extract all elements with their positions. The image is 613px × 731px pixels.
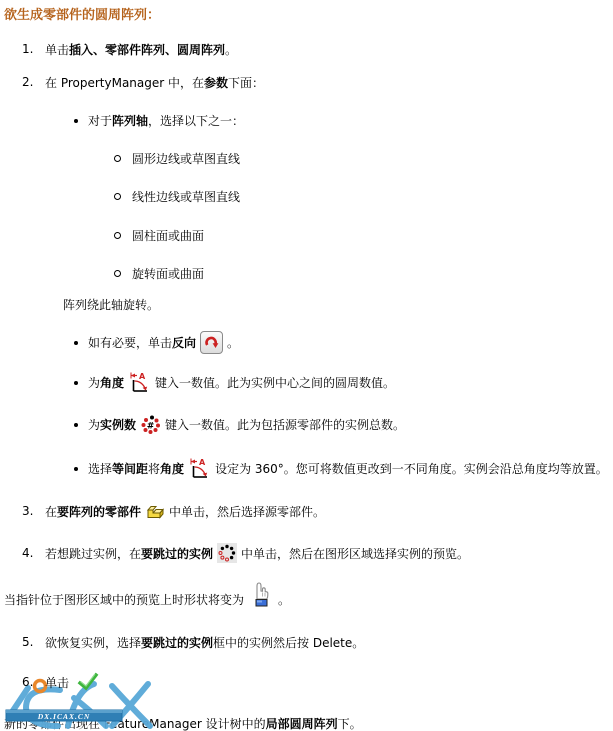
text-segment-bold: 阵列轴 bbox=[112, 112, 148, 129]
svg-text:A: A bbox=[199, 458, 206, 467]
step-4: 4. 若想跳过实例，在要跳过的实例 中单击，然后在图形区域选择实例的预览。 bbox=[22, 542, 469, 564]
text-segment: 欲恢复实例，选择 bbox=[45, 634, 141, 651]
text-segment: 新的零部件出现在 FeatureManager 设计树中的 bbox=[4, 715, 266, 731]
text-segment: 线性边线或草图直线 bbox=[132, 188, 240, 205]
step-3: 3. 在要阵列的零部件 中单击，然后选择源零部件。 bbox=[22, 500, 325, 522]
text-segment: 设定为 360°。您可将数值更改到一不同角度。实例会沿总角度均等放置。 bbox=[215, 460, 608, 477]
text-segment: ，选择以下之一： bbox=[148, 112, 244, 129]
bullet-icon bbox=[74, 341, 78, 345]
text-segment: 为 bbox=[88, 374, 100, 391]
svg-text:#: # bbox=[147, 421, 155, 431]
text-segment-bold: 要跳过的实例 bbox=[141, 545, 213, 562]
text-segment: 对于 bbox=[88, 112, 112, 129]
step-number: 4. bbox=[22, 546, 45, 560]
axis-option-cylindrical-face: 圆柱面或曲面 bbox=[112, 226, 204, 244]
text-segment-bold: 参数 bbox=[204, 74, 228, 91]
circle-bullet-icon bbox=[114, 155, 121, 162]
text-segment: 下面： bbox=[228, 74, 264, 91]
components-to-pattern-icon bbox=[145, 502, 165, 520]
text-segment: 。 bbox=[227, 334, 239, 351]
text-segment: 为 bbox=[88, 416, 100, 433]
bullet-icon bbox=[74, 423, 78, 427]
text-segment: 在 bbox=[45, 503, 57, 520]
pointer-note: 当指针位于图形区域中的预览上时形状将变为 。 bbox=[4, 578, 290, 608]
step-1: 1. 单击插入、零部件阵列、圆周阵列。 bbox=[22, 40, 237, 58]
text-segment: 。 bbox=[278, 591, 290, 608]
text-segment: 键入一数值。此为包括源零部件的实例总数。 bbox=[165, 416, 405, 433]
text-segment: 阵列绕此轴旋转。 bbox=[63, 296, 159, 313]
text-segment: 下。 bbox=[338, 715, 362, 731]
page-title: 欲生成零部件的圆周阵列： bbox=[4, 4, 160, 23]
bullet-icon bbox=[74, 119, 78, 123]
text-segment-bold: 要跳过的实例 bbox=[141, 634, 213, 651]
green-checkmark-icon bbox=[77, 672, 99, 692]
angle-dimension-icon: A bbox=[188, 457, 211, 480]
text-segment: 键入一数值。此为实例中心之间的圆周数值。 bbox=[155, 374, 395, 391]
axis-option-linear-edge: 线性边线或草图直线 bbox=[112, 187, 240, 205]
text-segment-bold: 角度 bbox=[160, 460, 184, 477]
text-segment: 圆形边线或草图直线 bbox=[132, 150, 240, 167]
step-2: 2. 在 PropertyManager 中，在参数下面： bbox=[22, 73, 264, 91]
text-segment-bold: 要阵列的零部件 bbox=[57, 503, 141, 520]
help-page: 欲生成零部件的圆周阵列： 1. 单击插入、零部件阵列、圆周阵列。 2. 在 Pr… bbox=[0, 0, 613, 731]
bullet-icon bbox=[74, 381, 78, 385]
text-segment-bold: 角度 bbox=[100, 374, 124, 391]
step-number: 1. bbox=[22, 42, 45, 56]
axis-option-revolved-face: 旋转面或曲面 bbox=[112, 264, 204, 282]
text-segment-bold: 等间距 bbox=[112, 460, 148, 477]
text-segment: 框中的实例然后按 Delete。 bbox=[213, 634, 364, 651]
reverse-direction-icon bbox=[200, 331, 223, 354]
text-segment: 如有必要，单击 bbox=[88, 334, 172, 351]
bullet-equal-spacing: 选择等间距将角度 A 设定为 360°。您可将数值更改到一不同角度。实例会沿总角… bbox=[70, 456, 608, 480]
axis-note: 阵列绕此轴旋转。 bbox=[63, 295, 159, 313]
result-note: 新的零部件出现在 FeatureManager 设计树中的局部圆周阵列下。 bbox=[4, 714, 362, 731]
step-5: 5. 欲恢复实例，选择要跳过的实例框中的实例然后按 Delete。 bbox=[22, 633, 364, 651]
instances-to-skip-icon bbox=[217, 543, 237, 563]
bullet-icon bbox=[74, 467, 78, 471]
text-segment: 圆柱面或曲面 bbox=[132, 227, 204, 244]
text-segment-bold: 反向 bbox=[172, 334, 196, 351]
text-segment-bold: 局部圆周阵列 bbox=[266, 715, 338, 731]
bullet-angle: 为角度 A 键入一数值。此为实例中心之间的圆周数值。 bbox=[70, 370, 395, 394]
text-segment: 旋转面或曲面 bbox=[132, 265, 204, 282]
text-segment: 在 PropertyManager 中，在 bbox=[45, 74, 204, 91]
bullet-reverse-direction: 如有必要，单击反向 。 bbox=[70, 330, 239, 354]
step-6: 6. 单击 bbox=[22, 672, 103, 692]
axis-option-circular-edge: 圆形边线或草图直线 bbox=[112, 149, 240, 167]
step-number: 6. bbox=[22, 675, 45, 689]
bullet-instance-count: 为实例数 # 键入一数值。此为包括源零部件的实例总数。 bbox=[70, 412, 405, 436]
text-segment-bold: 实例数 bbox=[100, 416, 136, 433]
text-segment: 单击 bbox=[45, 41, 69, 58]
text-segment: 当指针位于图形区域中的预览上时形状将变为 bbox=[4, 591, 244, 608]
text-segment-bold: 插入、零部件阵列、圆周阵列 bbox=[69, 41, 225, 58]
text-segment: 选择 bbox=[88, 460, 112, 477]
text-segment: 若想跳过实例，在 bbox=[45, 545, 141, 562]
text-segment: 中单击，然后在图形区域选择实例的预览。 bbox=[241, 545, 469, 562]
svg-text:A: A bbox=[139, 372, 146, 381]
text-segment: 中单击，然后选择源零部件。 bbox=[169, 503, 325, 520]
text-segment: 将 bbox=[148, 460, 160, 477]
circle-bullet-icon bbox=[114, 270, 121, 277]
step-number: 5. bbox=[22, 635, 45, 649]
instance-count-icon: # bbox=[140, 414, 161, 435]
select-hand-cursor-icon bbox=[248, 579, 274, 608]
text-segment: 单击 bbox=[45, 674, 69, 691]
circle-bullet-icon bbox=[114, 232, 121, 239]
bullet-pattern-axis: 对于阵列轴，选择以下之一： bbox=[70, 111, 244, 129]
circle-bullet-icon bbox=[114, 193, 121, 200]
step-number: 2. bbox=[22, 75, 45, 89]
text-segment: 。 bbox=[225, 41, 237, 58]
step-number: 3. bbox=[22, 504, 45, 518]
angle-dimension-icon: A bbox=[128, 371, 151, 394]
